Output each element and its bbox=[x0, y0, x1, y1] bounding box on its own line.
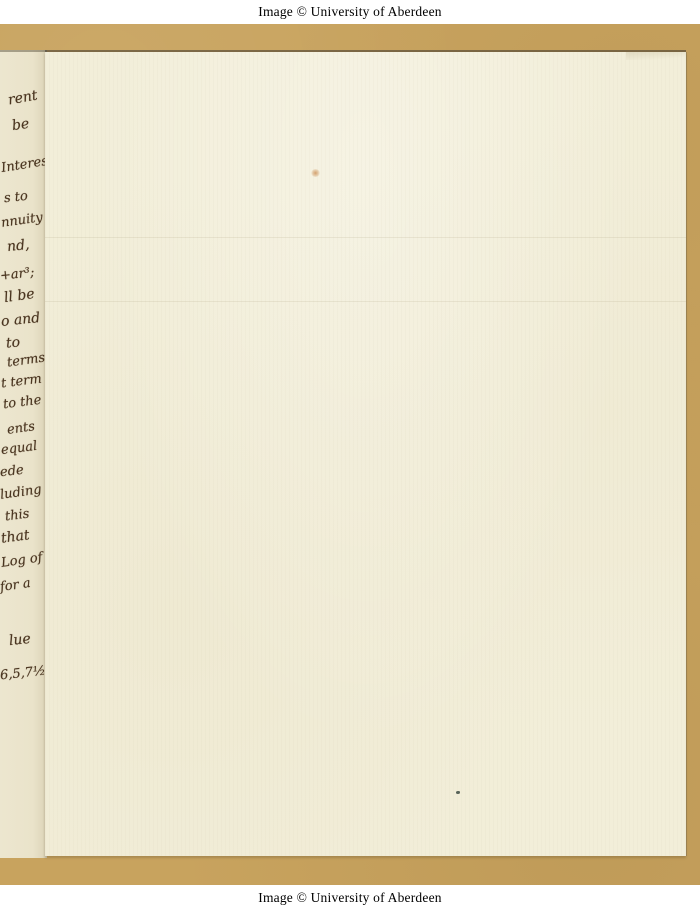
handwriting-fragment: be bbox=[11, 116, 30, 134]
blank-manuscript-page bbox=[45, 52, 686, 856]
ink-speck bbox=[456, 791, 460, 794]
handwriting-fragment: rent bbox=[7, 88, 39, 109]
handwriting-fragment: terms bbox=[6, 350, 46, 370]
top-caption-bar: Image © University of Aberdeen bbox=[0, 0, 700, 24]
paper-chain-line bbox=[45, 301, 686, 302]
album-mat-background: rentbeInterests tonnuitynd,+ar³;ll beo a… bbox=[0, 24, 700, 885]
handwriting-fragment: luding bbox=[0, 482, 43, 503]
paper-chain-line bbox=[45, 237, 686, 238]
handwriting-fragment: lue bbox=[8, 631, 31, 649]
foxing-spot bbox=[311, 169, 320, 177]
copyright-caption-bottom: Image © University of Aberdeen bbox=[258, 890, 441, 906]
handwriting-fragment: nd, bbox=[6, 237, 30, 255]
handwriting-fragment: ll be bbox=[3, 286, 36, 306]
page-corner-fold bbox=[626, 52, 686, 60]
handwriting-fragment: to bbox=[5, 334, 20, 351]
handwriting-fragment: for a bbox=[0, 576, 32, 595]
handwriting-fragment: ede bbox=[0, 463, 24, 480]
handwriting-fragment: ents bbox=[6, 419, 36, 438]
handwriting-fragment: 6,5,7½ bbox=[0, 664, 46, 684]
handwriting-fragment: that bbox=[0, 527, 30, 546]
handwriting-fragment: s to bbox=[3, 189, 28, 206]
bottom-caption-bar: Image © University of Aberdeen bbox=[0, 885, 700, 910]
copyright-caption-top: Image © University of Aberdeen bbox=[258, 4, 441, 20]
handwriting-fragment: +ar³; bbox=[0, 265, 35, 284]
handwriting-fragment: Interest bbox=[0, 153, 47, 176]
handwriting-fragment: this bbox=[4, 507, 30, 525]
adjacent-page-edge-strip: rentbeInterests tonnuitynd,+ar³;ll beo a… bbox=[0, 50, 47, 858]
manuscript-scan-view: Image © University of Aberdeen rentbeInt… bbox=[0, 0, 700, 910]
handwriting-fragment: Log of bbox=[0, 550, 43, 571]
handwriting-fragment: t term bbox=[0, 372, 42, 392]
handwriting-fragment: to the bbox=[2, 393, 42, 413]
handwriting-fragment: nnuity bbox=[0, 210, 44, 231]
handwriting-fragment: o and bbox=[0, 310, 41, 330]
handwriting-fragment: equal bbox=[0, 439, 38, 458]
